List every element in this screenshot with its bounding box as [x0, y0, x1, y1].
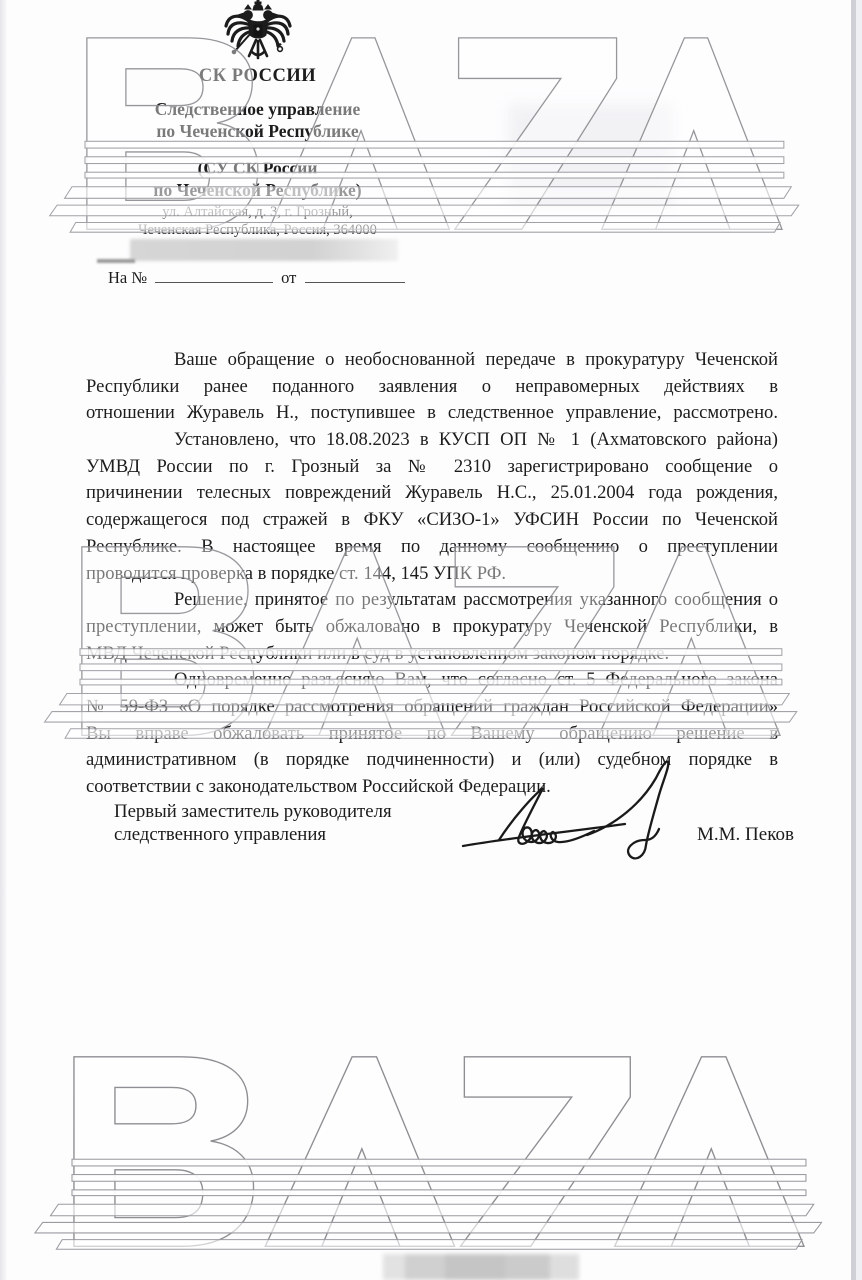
redacted-region — [130, 239, 398, 261]
signer-title: Первый заместитель руководителя следстве… — [114, 801, 444, 846]
body-line: причинении телесных повреждений Журавель… — [86, 480, 778, 507]
reference-date-blank — [305, 268, 405, 283]
coat-of-arms-icon — [222, 0, 294, 68]
org-address-line: Чеченская Республика, Россия, 364000 — [100, 222, 415, 239]
org-name-line: Следственное управление — [100, 99, 415, 120]
body-line: преступлении, может быть обжаловано в пр… — [86, 614, 778, 641]
body-line: административном (в порядке подчиненност… — [86, 747, 778, 774]
org-address-line: ул. Алтайская, д. 3, г. Грозный, — [100, 204, 415, 221]
redaction-block — [383, 1254, 405, 1280]
org-abbrev-line: по Чеченской Республике) — [100, 180, 415, 201]
body-line: Республике. В настоящее время по данному… — [86, 534, 778, 561]
body-line: соответствии с законодательством Российс… — [86, 774, 778, 801]
body-line: Вы вправе обжаловать принятое по Вашему … — [86, 721, 778, 748]
signer-title-line: следственного управления — [114, 824, 444, 847]
reference-prefix: На № — [108, 268, 147, 287]
body-line: содержащегося под стражей в ФКУ «СИЗО-1»… — [86, 507, 778, 534]
scanned-letter-page: СК РОССИИ Следственное управление по Чеч… — [0, 0, 862, 1280]
signer-title-line: Первый заместитель руководителя — [114, 801, 444, 824]
scan-edge-right-fill — [856, 0, 862, 1280]
body-line: МВД Чеченской Республики или в суд в уст… — [86, 641, 778, 668]
body-line: Одновременно разъясняю Вам, что согласно… — [86, 667, 778, 694]
redacted-region-bottom — [383, 1254, 579, 1280]
org-name-short: СК РОССИИ — [100, 66, 415, 87]
baza-watermark — [72, 1053, 804, 1254]
body-line: отношении Журавель Н., поступившее в сле… — [86, 400, 778, 427]
reference-line: На №от — [108, 268, 405, 288]
body-line: Ваше обращение о необоснованной передаче… — [86, 347, 778, 374]
redaction-block — [550, 1254, 579, 1280]
redaction-block — [445, 1254, 505, 1280]
reference-number-blank — [155, 268, 273, 283]
body-line: УМВД России по г. Грозный за № 2310 заре… — [86, 454, 778, 481]
scan-edge-left — [0, 0, 7, 1280]
body-line: проводится проверка в порядке ст. 144, 1… — [86, 561, 778, 588]
org-name-line: по Чеченской Республике — [100, 121, 415, 142]
org-abbrev-line: (СУ СК России — [100, 158, 415, 179]
blur-artifact — [508, 104, 673, 208]
redacted-dash — [97, 259, 135, 263]
body-line: Решение, принятое по результатам рассмот… — [86, 587, 778, 614]
reference-separator: от — [281, 268, 296, 287]
signer-name: М.М. Пеков — [697, 824, 794, 846]
body-line: Установлено, что 18.08.2023 в КУСП ОП № … — [86, 427, 778, 454]
redaction-block — [405, 1254, 445, 1280]
redaction-block — [505, 1254, 550, 1280]
letter-body: Ваше обращение о необоснованной передаче… — [86, 347, 778, 801]
body-line: Республики ранее поданного заявления о н… — [86, 374, 778, 401]
body-line: № 59-ФЗ «О порядке рассмотрения обращени… — [86, 694, 778, 721]
